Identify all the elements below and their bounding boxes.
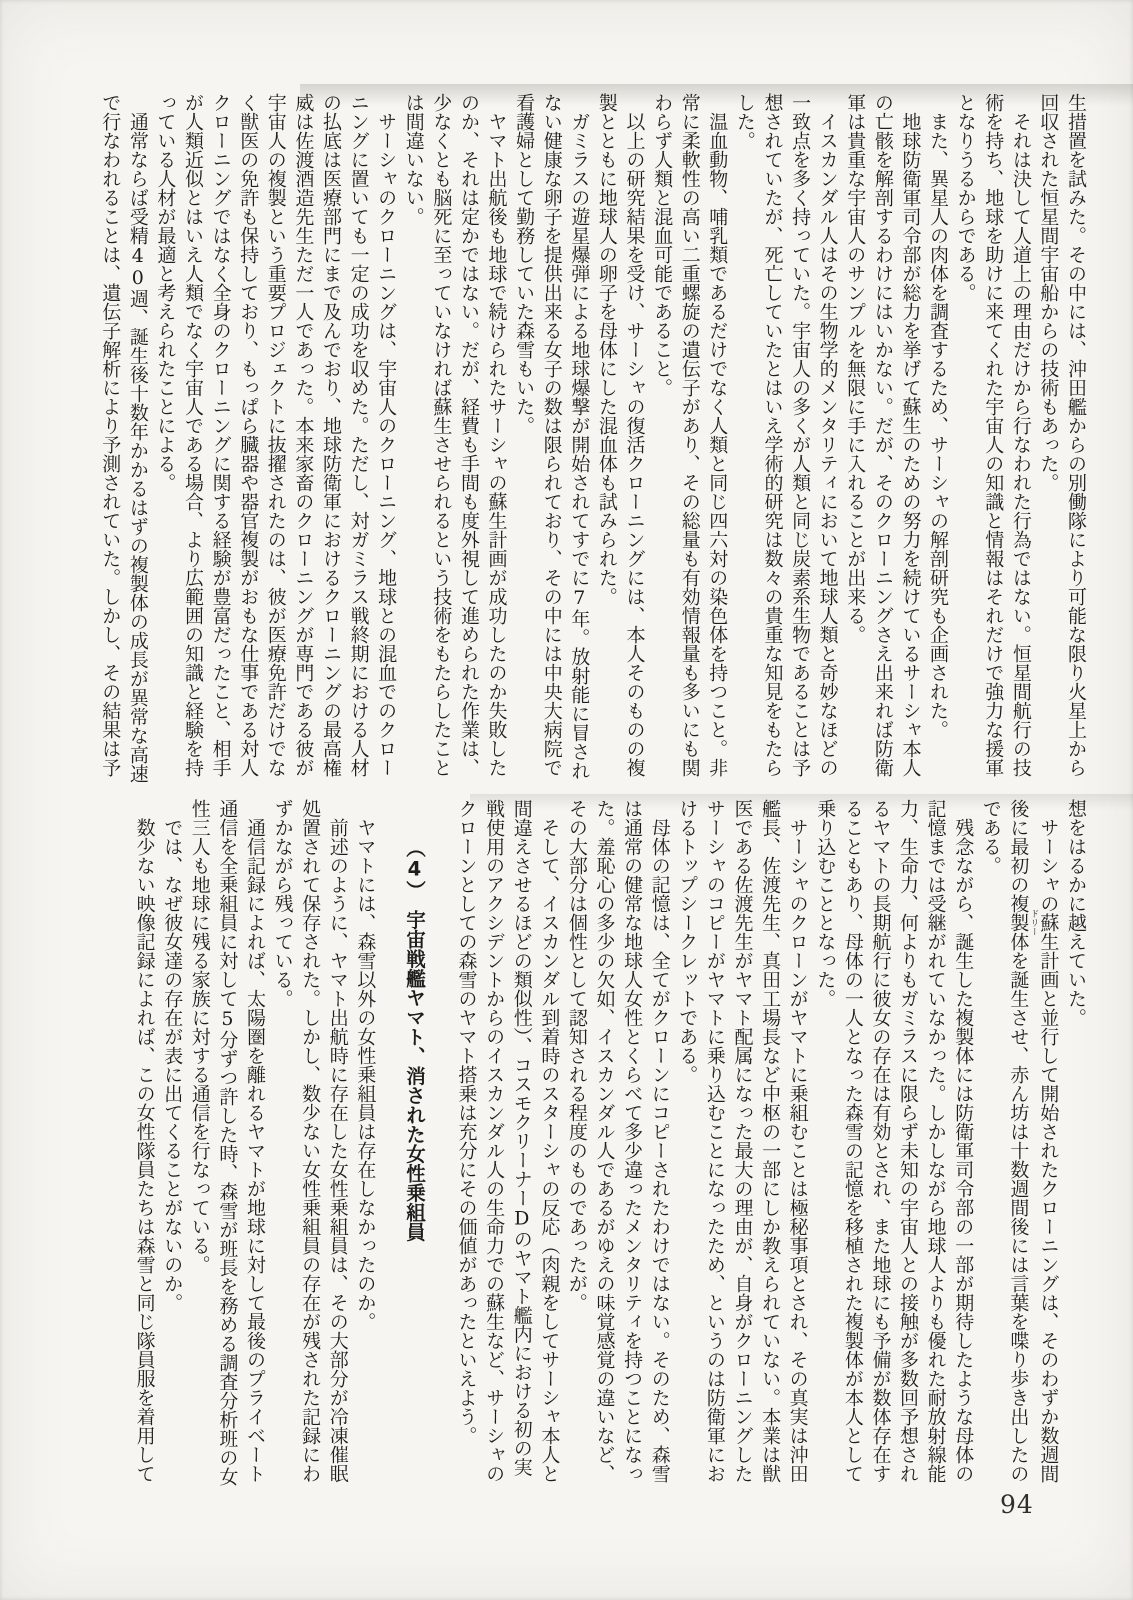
- paragraph: 以上の研究結果を受け、サーシャの復活クローニングには、本人そのものの複製とともに…: [592, 93, 647, 788]
- ruby-annotated-word: 複製体ドリー: [1007, 894, 1029, 951]
- paragraph: 通常ならば受精40週、誕生後十数年かかるはずの複製体の成長が異常な高速で行なわれ…: [96, 93, 151, 788]
- paragraph: サーシャのクローニングは、宇宙人のクローニング、地球との混血でのクローニングに置…: [151, 93, 399, 788]
- paragraph: また、異星人の肉体を調査するため、サーシャの解剖研究も企画された。: [923, 93, 951, 788]
- paragraph: サーシャのクローンがヤマトに乗組むことは極秘事項とされ、その真実は沖田艦長、佐渡…: [673, 799, 811, 1494]
- paragraph: そして、イスカンダル到着時のスターシャの反応（肉親をしてサーシャ本人と間違えさせ…: [452, 799, 562, 1494]
- section-heading: （4） 宇宙戦艦ヤマト、消された女性乗組員: [400, 799, 428, 1494]
- paragraph: ヤマト出航後も地球で続けられたサーシャの蘇生計画が成功したのか失敗したのか、それ…: [399, 93, 509, 788]
- paragraph: 温血動物、哺乳類であるだけでなく人類と同じ四六対の染色体を持つこと。非常に柔軟性…: [648, 93, 731, 788]
- paragraph: 母体の記憶は、全てがクローンにコピーされたわけではない。そのため、森雪は通常の健…: [562, 799, 672, 1494]
- paragraph: 通信記録によれば、太陽圏を離れるヤマトが地球に対して最後のプライベート通信を全乗…: [185, 799, 268, 1494]
- page-number: 94: [1000, 1490, 1034, 1519]
- paragraph: 生措置を試みた。その中には、沖田艦からの別働隊により可能な限り火星上から回収され…: [1034, 93, 1089, 788]
- ruby-text: ドリー: [1028, 894, 1038, 951]
- paragraph: 地球防衛軍司令部が総力を挙げて蘇生のための努力を続けているサーシャ本人の亡骸を解…: [841, 93, 924, 788]
- paragraph: サーシャの蘇生計画と並行して開始されたクローニングは、そのわずか数週間後に最初の…: [976, 799, 1061, 1494]
- text-block-top: 生措置を試みた。その中には、沖田艦からの別働隊により可能な限り火星上から回収され…: [96, 93, 1089, 788]
- paragraph: ヤマトには、森雪以外の女性乗組員は存在しなかったのか。: [351, 799, 379, 1494]
- scanned-document-page: 生措置を試みた。その中には、沖田艦からの別働隊により可能な限り火星上から回収され…: [0, 0, 1133, 1600]
- paragraph: では、なぜ彼女達の存在が表に出てくることがないのか。: [158, 799, 186, 1494]
- paragraph: それは決して人道上の理由だけから行なわれた行為ではない。恒星間航行の技術を持ち、…: [951, 93, 1034, 788]
- paragraph: イスカンダル人はその生物学的メンタリティにおいて地球人類と奇妙なほどの一致点を多…: [730, 93, 840, 788]
- paragraph: 想をはるかに越えていた。: [1061, 799, 1089, 1494]
- paragraph: 前述のように、ヤマト出航時に存在した女性乗組員は、その大部分が冷凍催眠処置されて…: [268, 799, 351, 1494]
- text-block-bottom: 想をはるかに越えていた。サーシャの蘇生計画と並行して開始されたクローニングは、そ…: [130, 799, 1089, 1494]
- paragraph: 残念ながら、誕生した複製体には防衛軍司令部の一部が期待したような母体の記憶までは…: [811, 799, 977, 1494]
- paragraph: 数少ない映像記録によれば、この女性隊員たちは森雪と同じ隊員服を着用して: [130, 799, 158, 1494]
- paragraph: ガミラスの遊星爆弾による地球爆撃が開始されてすでに7年。放射能に冒されない健康な…: [510, 93, 593, 788]
